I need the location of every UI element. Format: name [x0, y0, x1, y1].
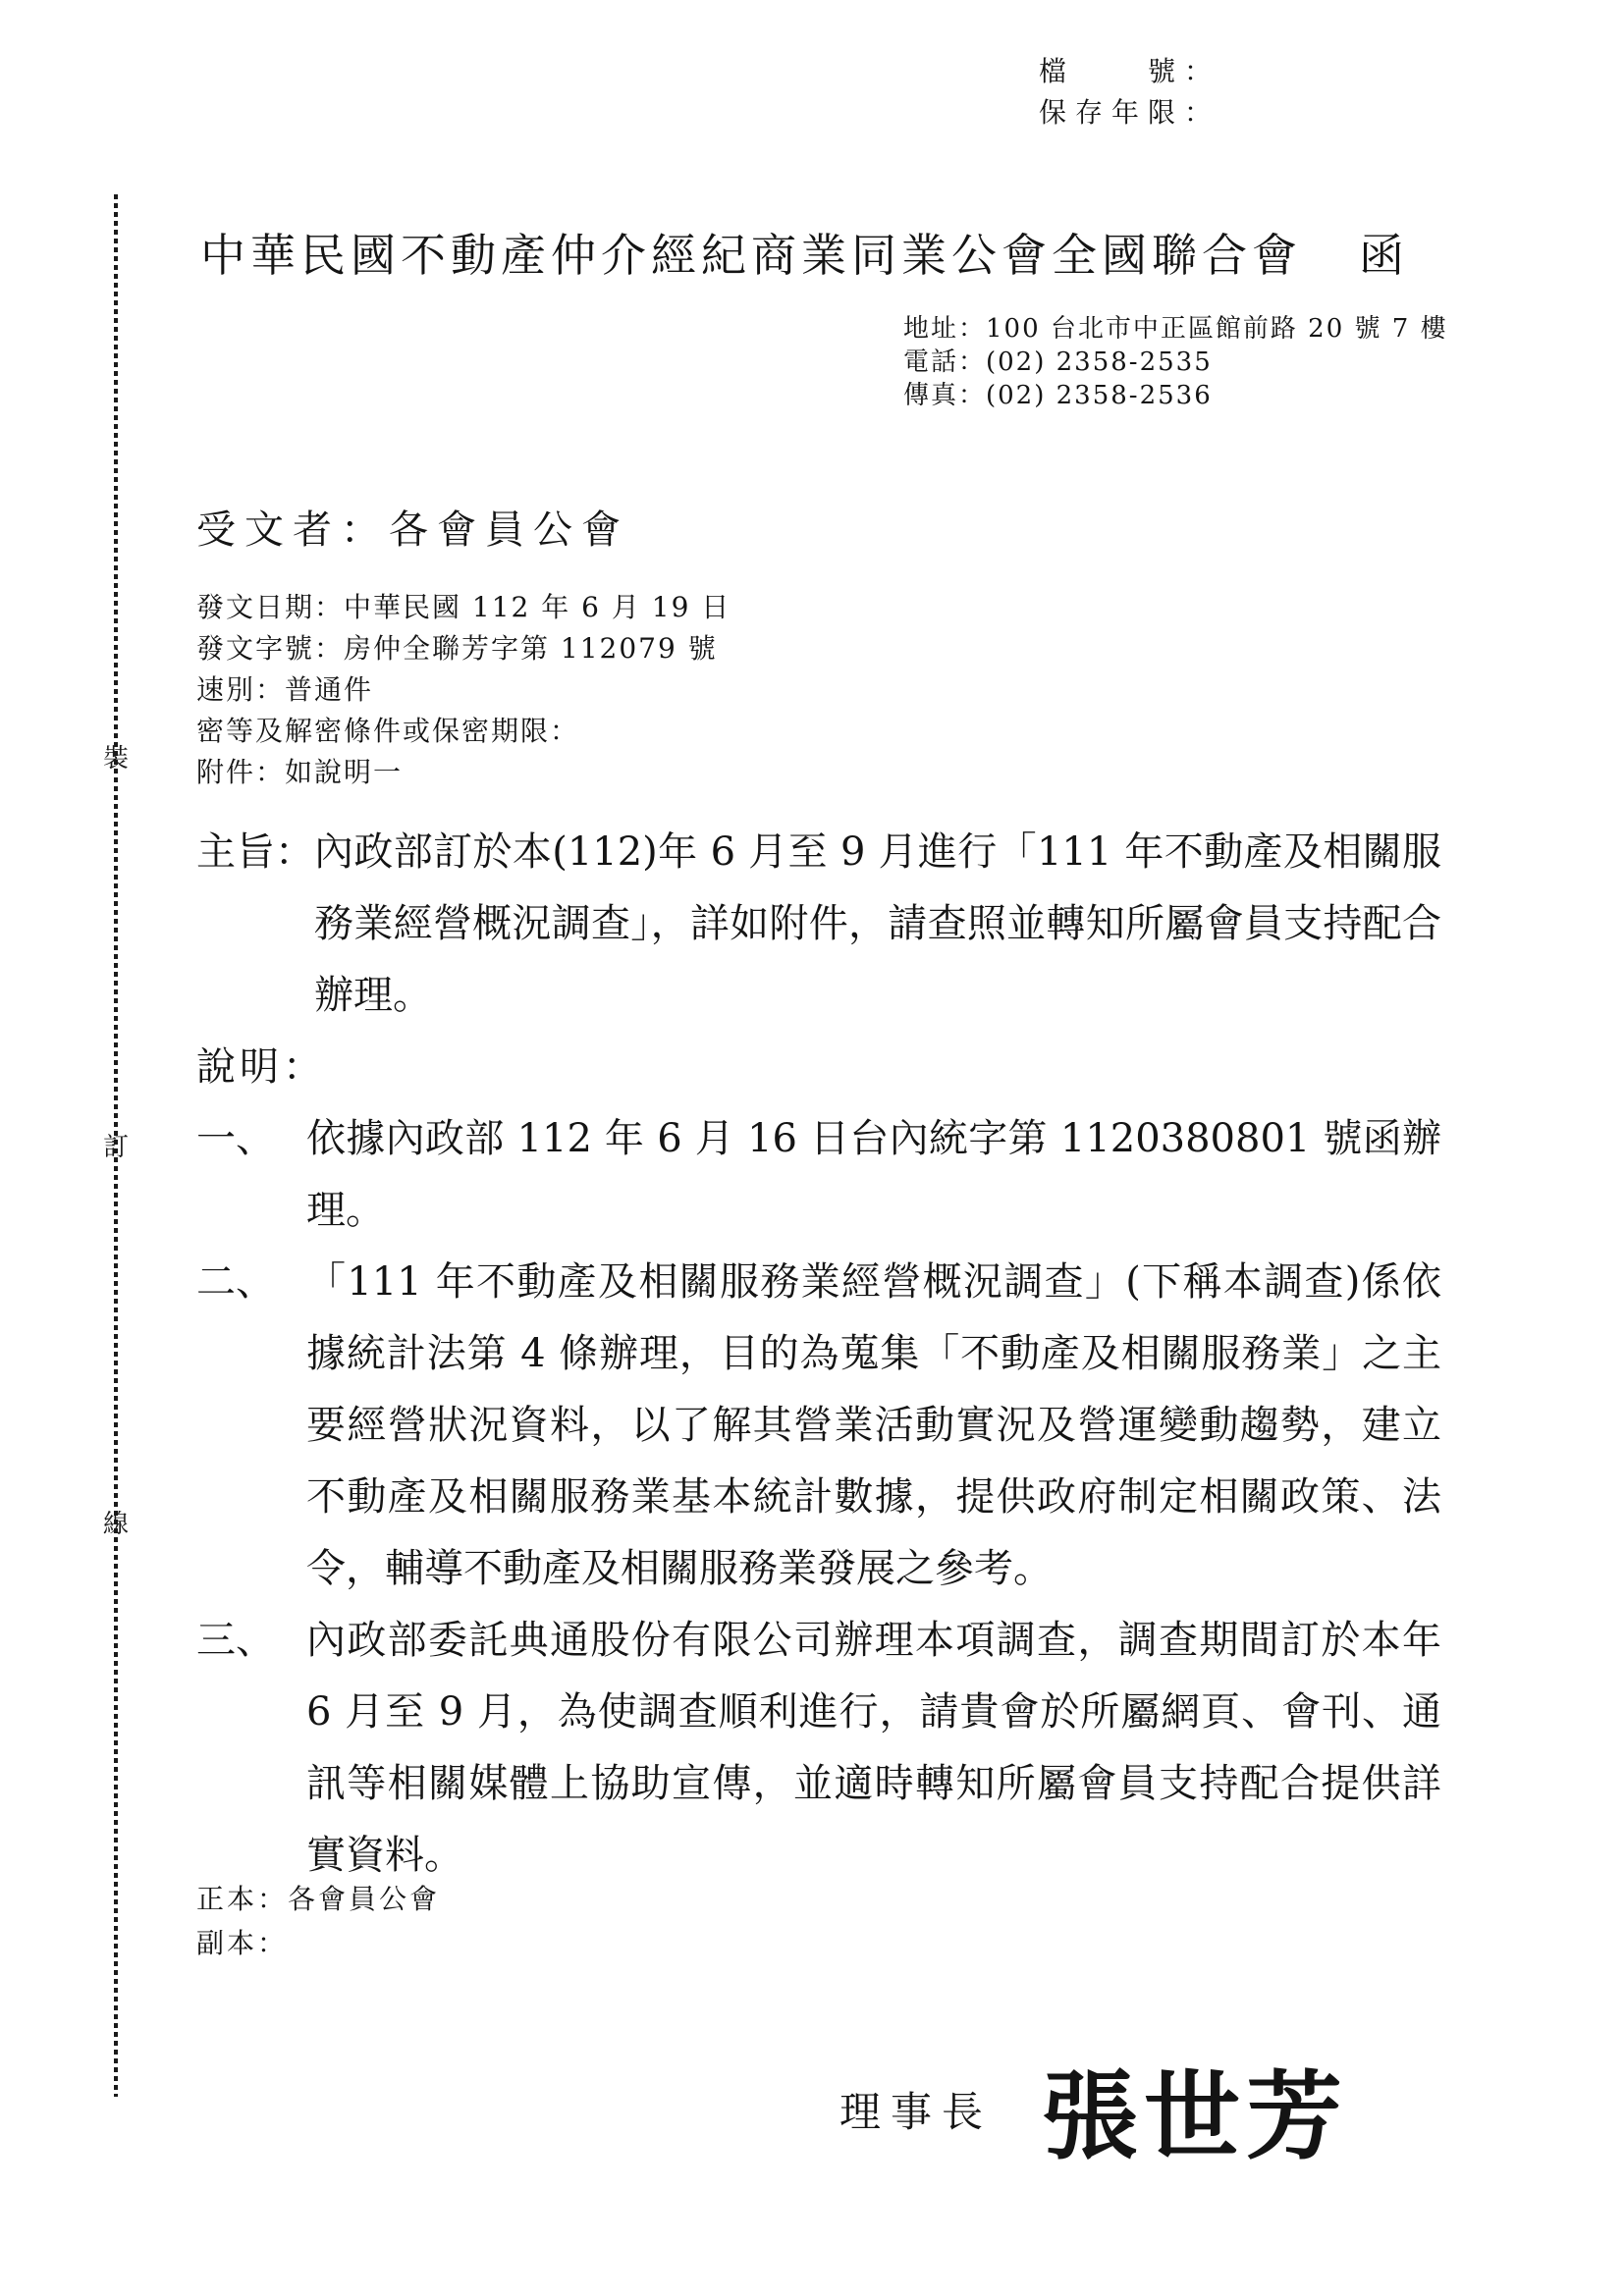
- binding-mark-ding: 訂: [103, 1127, 129, 1163]
- item-3-number: 三、: [196, 1605, 306, 1677]
- security-class-line: 密等及解密條件或保密期限：: [196, 711, 731, 752]
- copies-block: 正本：各會員公會 副本：: [196, 1877, 440, 1965]
- item-2-text: 「111 年不動產及相關服務業經營概況調查」(下稱本調查)係依據統計法第 4 條…: [306, 1247, 1441, 1605]
- explanation-label: 說明：: [196, 1032, 1441, 1103]
- subject-paragraph: 主旨： 內政部訂於本(112)年 6 月至 9 月進行「111 年不動產及相關服…: [196, 817, 1441, 1032]
- explanation-item-1: 一、 依據內政部 112 年 6 月 16 日台內統字第 1120380801 …: [196, 1103, 1441, 1247]
- file-label-block: 檔 號： 保存年限：: [1039, 51, 1220, 133]
- letter-title-row: 中華民國不動產仲介經紀商業同業公會全國聯合會 函: [200, 220, 1404, 285]
- subject-text: 內政部訂於本(112)年 6 月至 9 月進行「111 年不動產及相關服務業經營…: [314, 817, 1441, 1032]
- file-number-label: 檔 號：: [1039, 51, 1220, 92]
- document-meta-block: 發文日期：中華民國 112 年 6 月 19 日 發文字號：房仲全聯芳字第 11…: [196, 587, 731, 793]
- sender-contact-block: 地址：100 台北市中正區館前路 20 號 7 樓 電話：(02) 2358-2…: [903, 312, 1448, 412]
- original-copy-line: 正本：各會員公會: [196, 1877, 440, 1921]
- explanation-item-2: 二、 「111 年不動產及相關服務業經營概況調查」(下稱本調查)係依據統計法第 …: [196, 1247, 1441, 1605]
- document-type: 函: [1359, 220, 1404, 285]
- organization-name: 中華民國不動產仲介經紀商業同業公會全國聯合會: [200, 220, 1302, 285]
- speed-class-line: 速別：普通件: [196, 669, 731, 711]
- item-1-number: 一、: [196, 1103, 306, 1175]
- chairman-title: 理事長: [839, 2080, 993, 2139]
- attachment-line: 附件：如說明一: [196, 752, 731, 793]
- official-letter-page: 裝 訂 線 檔 號： 保存年限： 中華民國不動產仲介經紀商業同業公會全國聯合會 …: [0, 0, 1624, 2296]
- item-2-number: 二、: [196, 1247, 306, 1318]
- explanation-item-3: 三、 內政部委託典通股份有限公司辦理本項調查，調查期間訂於本年 6 月至 9 月…: [196, 1605, 1441, 1892]
- letter-body: 主旨： 內政部訂於本(112)年 6 月至 9 月進行「111 年不動產及相關服…: [196, 817, 1441, 1892]
- item-3-text: 內政部委託典通股份有限公司辦理本項調查，調查期間訂於本年 6 月至 9 月，為使…: [306, 1605, 1441, 1892]
- cc-line: 副本：: [196, 1921, 440, 1965]
- binding-mark-zhuang: 裝: [103, 738, 129, 774]
- issue-date-line: 發文日期：中華民國 112 年 6 月 19 日: [196, 587, 731, 628]
- doc-number-line: 發文字號：房仲全聯芳字第 112079 號: [196, 628, 731, 669]
- retention-period-label: 保存年限：: [1039, 92, 1220, 133]
- recipient-line: 受文者：各會員公會: [196, 499, 629, 555]
- subject-label: 主旨：: [196, 817, 314, 888]
- item-1-text: 依據內政部 112 年 6 月 16 日台內統字第 1120380801 號函辦…: [306, 1103, 1441, 1247]
- sender-fax: 傳真：(02) 2358-2536: [903, 379, 1448, 412]
- chairman-name: 張世芳: [1042, 2040, 1348, 2178]
- binding-mark-xian: 線: [103, 1504, 129, 1540]
- signature-block: 理事長 張世芳: [839, 2040, 1348, 2178]
- sender-address: 地址：100 台北市中正區館前路 20 號 7 樓: [903, 312, 1448, 346]
- sender-phone: 電話：(02) 2358-2535: [903, 346, 1448, 379]
